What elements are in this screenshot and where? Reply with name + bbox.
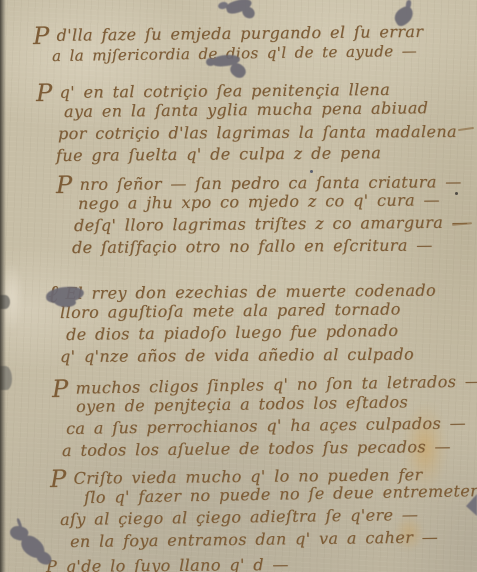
manuscript-line: nego a jhu xpo co mjedo z co q' cura — [78,190,440,213]
paragraph-mark: P [50,465,67,493]
manuscript-line: ca a ſus perrochianos q' ha açes culpado… [66,413,466,438]
manuscript-line-cut-off: P q'de lo ſuyo llano q' d — [46,555,289,572]
blot-part [391,4,416,28]
manuscript-line: por cotriçio d'las lagrimas la ſanta mad… [58,122,457,143]
manuscript-line: de dios ta piadoſo luego fue pdonado [66,321,399,344]
blot-part [466,494,477,516]
manuscript-line: fue gra ſuelta q' de culpa z de pena [56,143,381,165]
ink-speck [455,192,458,195]
ink-blot-bottom-left [6,518,60,570]
manuscript-line: en la foya entramos dan q' va a caher — [70,528,438,551]
manuscript-line: aya en la ſanta yglia mucha pena abiuad [64,98,429,121]
ink-speck [310,170,313,173]
manuscript-line: aſy al çiego al çiego adieſtra ſe q'ere … [60,505,419,529]
blot-part [54,296,76,307]
page-left-edge-shadow [0,0,6,572]
paragraph-mark: P [52,375,69,403]
ink-blot-upper-middle [206,52,252,82]
manuscript-page: Pd'lla faze ſu emjeda purgando el ſu err… [0,0,477,572]
paragraph-mark: P [33,22,50,50]
ink-blot-top-right [392,0,418,28]
paragraph-mark: P [36,79,53,107]
line-text: d'lla faze ſu emjeda purgando el ſu erra… [56,22,423,45]
manuscript-line: q' q'nze años de vida añedio al culpado [60,345,414,366]
ink-blot-left-margin [46,285,88,311]
manuscript-line: a todos los aſuelue de todos ſus pecados… [62,437,451,460]
manuscript-line: de ſatiſfaçio otro no fallo en eſcritura… [72,235,433,257]
ink-blot-top-center [218,0,264,24]
ink-blot-right-edge [466,494,477,516]
paragraph-mark: P [56,171,73,199]
manuscript-line: lloro aguſtioſa mete ala pared tornado [60,299,401,322]
manuscript-line: oyen de penjteçia a todos los eſtados [76,392,408,416]
manuscript-line: deſq' lloro lagrimas triſtes z co amargu… [74,213,468,235]
